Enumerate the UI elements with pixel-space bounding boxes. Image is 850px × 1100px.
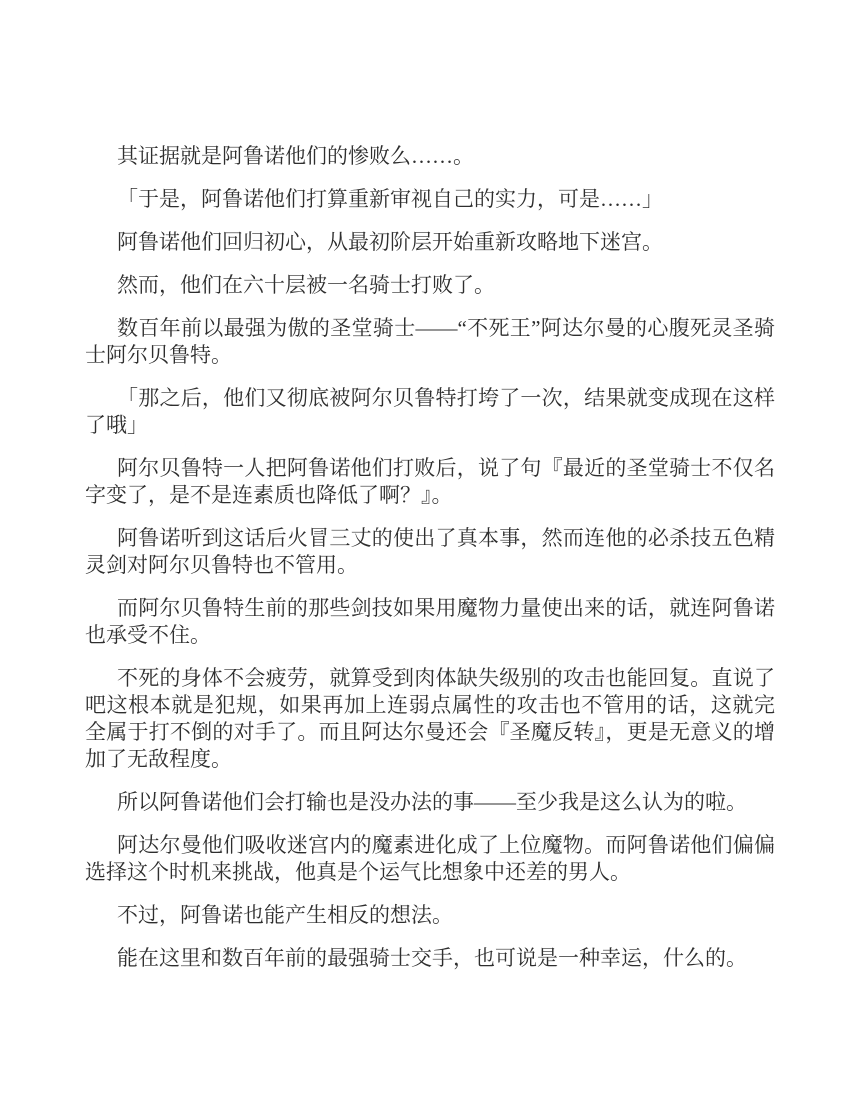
paragraph: 能在这里和数百年前的最强骑士交手，也可说是一种幸运，什么的。 xyxy=(85,945,775,972)
paragraph: 「于是，阿鲁诺他们打算重新审视自己的实力，可是……」 xyxy=(85,186,775,213)
paragraph: 然而，他们在六十层被一名骑士打败了。 xyxy=(85,272,775,299)
paragraph: 而阿尔贝鲁特生前的那些剑技如果用魔物力量使出来的话，就连阿鲁诺也承受不住。 xyxy=(85,595,775,649)
paragraph: 不死的身体不会疲劳，就算受到肉体缺失级别的攻击也能回复。直说了吧这根本就是犯规，… xyxy=(85,665,775,773)
paragraph: 「那之后，他们又彻底被阿尔贝鲁特打垮了一次，结果就变成现在这样了哦」 xyxy=(85,385,775,439)
novel-page: 其证据就是阿鲁诺他们的惨败么……。 「于是，阿鲁诺他们打算重新审视自己的实力，可… xyxy=(0,0,850,1100)
paragraph: 阿鲁诺他们回归初心，从最初阶层开始重新攻略地下迷宫。 xyxy=(85,229,775,256)
paragraph: 其证据就是阿鲁诺他们的惨败么……。 xyxy=(85,143,775,170)
paragraph: 阿达尔曼他们吸收迷宫内的魔素进化成了上位魔物。而阿鲁诺他们偏偏选择这个时机来挑战… xyxy=(85,832,775,886)
paragraph: 所以阿鲁诺他们会打输也是没办法的事——至少我是这么认为的啦。 xyxy=(85,789,775,816)
paragraph: 阿尔贝鲁特一人把阿鲁诺他们打败后，说了句『最近的圣堂骑士不仅名字变了，是不是连素… xyxy=(85,455,775,509)
paragraph: 不过，阿鲁诺也能产生相反的想法。 xyxy=(85,902,775,929)
paragraph: 数百年前以最强为傲的圣堂骑士——“不死王”阿达尔曼的心腹死灵圣骑士阿尔贝鲁特。 xyxy=(85,315,775,369)
novel-text-block: 其证据就是阿鲁诺他们的惨败么……。 「于是，阿鲁诺他们打算重新审视自己的实力，可… xyxy=(85,143,775,972)
paragraph: 阿鲁诺听到这话后火冒三丈的使出了真本事，然而连他的必杀技五色精灵剑对阿尔贝鲁特也… xyxy=(85,525,775,579)
